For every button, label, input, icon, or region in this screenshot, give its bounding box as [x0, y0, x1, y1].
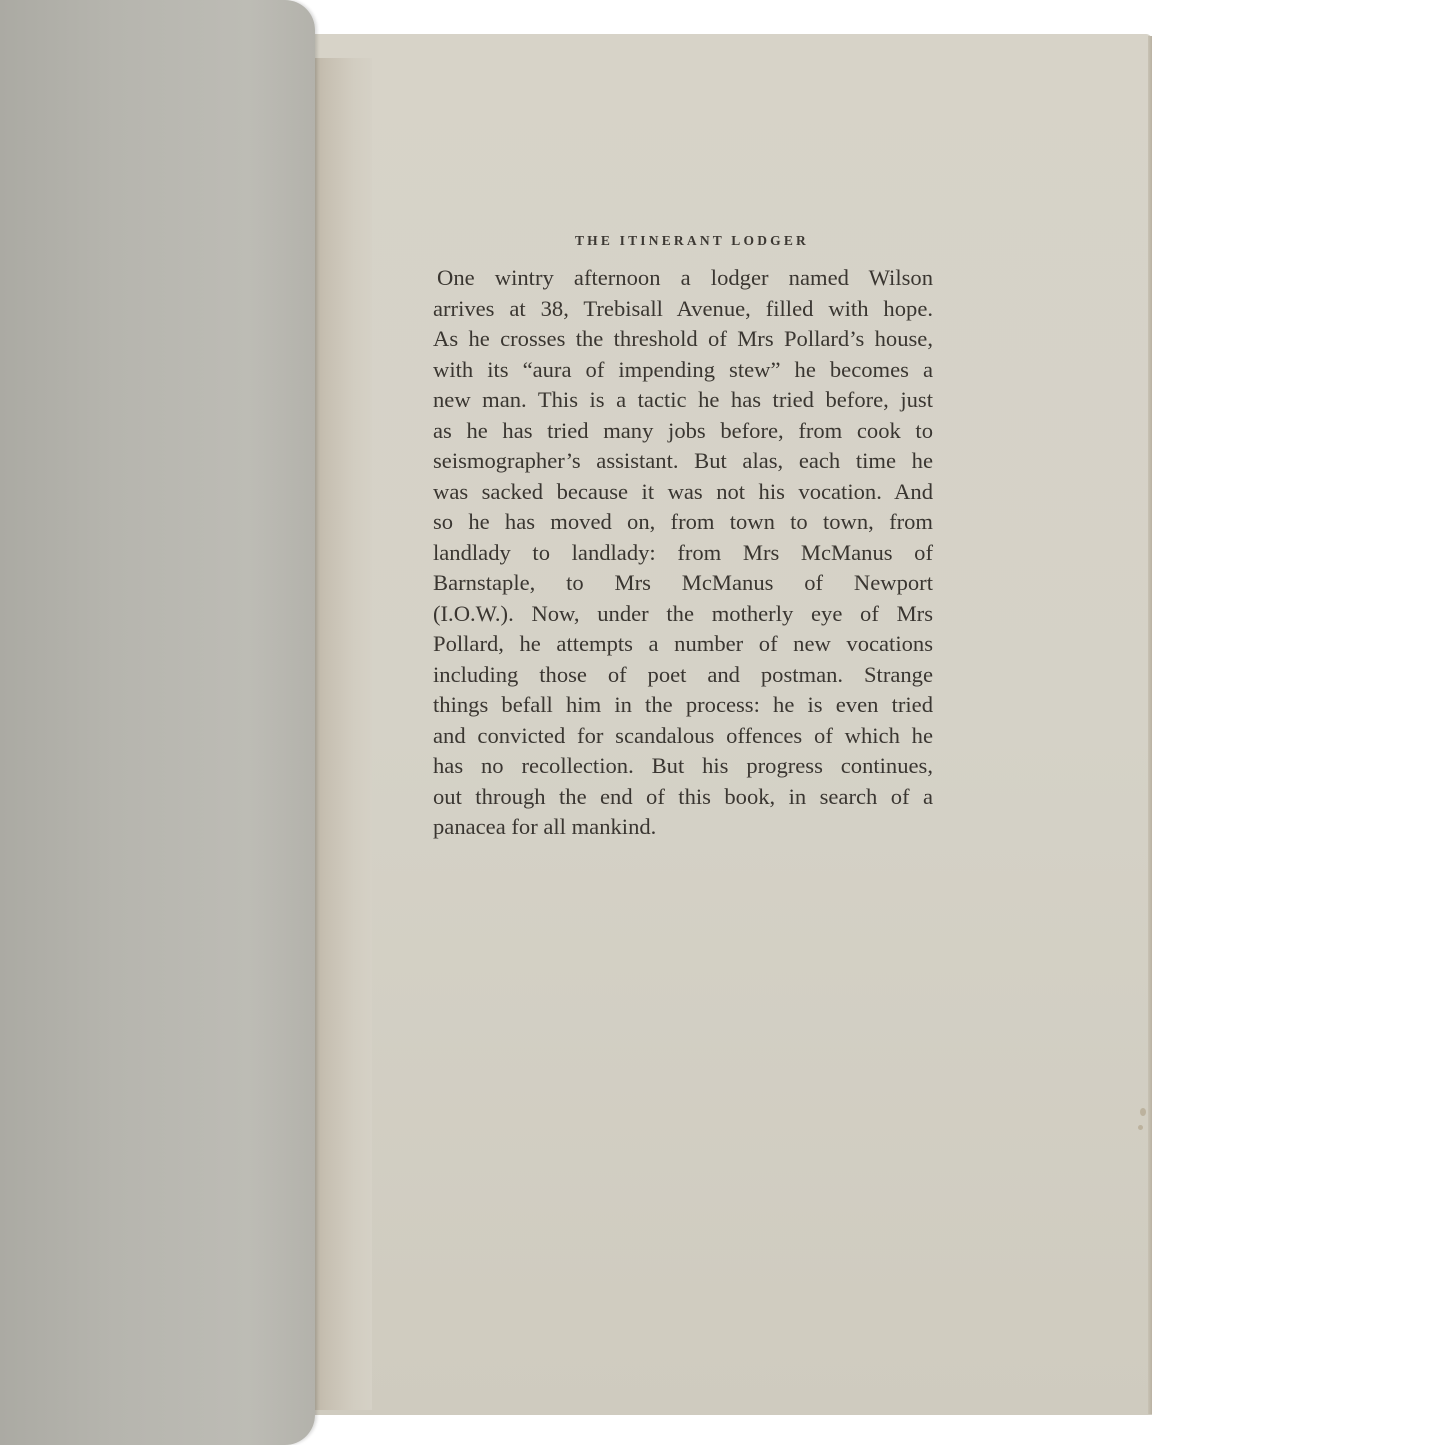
book-cover-flap	[0, 0, 315, 1445]
running-head: THE ITINERANT LODGER	[433, 233, 933, 249]
text-line: One wintry afternoon a lodger named Wils…	[433, 263, 933, 294]
page-content: THE ITINERANT LODGER One wintry afternoo…	[433, 233, 933, 843]
text-line: seismographer’s assistant. But alas, eac…	[433, 446, 933, 477]
text-line: including those of poet and postman. Str…	[433, 660, 933, 691]
text-line: Pollard, he attempts a number of new voc…	[433, 629, 933, 660]
text-line: landlady to landlady: from Mrs McManus o…	[433, 538, 933, 569]
text-line: was sacked because it was not his vocati…	[433, 477, 933, 508]
text-line: as he has tried many jobs before, from c…	[433, 416, 933, 447]
text-line: so he has moved on, from town to town, f…	[433, 507, 933, 538]
paper-foxing-spot	[1138, 1125, 1143, 1130]
blurb-paragraph: One wintry afternoon a lodger named Wils…	[433, 263, 933, 843]
text-line: new man. This is a tactic he has tried b…	[433, 385, 933, 416]
text-line: and convicted for scandalous offences of…	[433, 721, 933, 752]
text-line: things befall him in the process: he is …	[433, 690, 933, 721]
text-line: Barnstaple, to Mrs McManus of Newport	[433, 568, 933, 599]
paper-foxing-spot	[1140, 1108, 1146, 1116]
page-edge	[1148, 36, 1152, 1414]
text-line: As he crosses the threshold of Mrs Polla…	[433, 324, 933, 355]
text-line: with its “aura of impending stew” he bec…	[433, 355, 933, 386]
text-line: panacea for all mankind.	[433, 812, 933, 843]
text-line: (I.O.W.). Now, under the motherly eye of…	[433, 599, 933, 630]
text-line: arrives at 38, Trebisall Avenue, filled …	[433, 294, 933, 325]
text-line: out through the end of this book, in sea…	[433, 782, 933, 813]
text-line: has no recollection. But his progress co…	[433, 751, 933, 782]
